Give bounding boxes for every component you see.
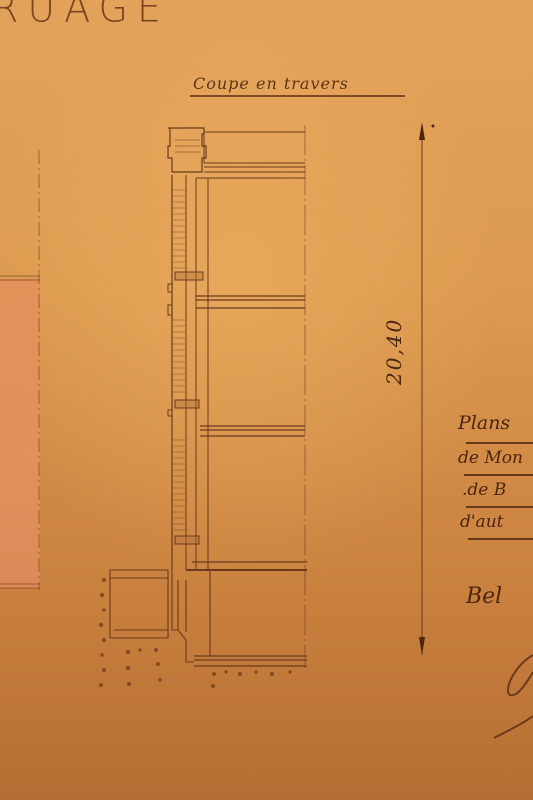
cross-section-drawing [0, 0, 533, 800]
dimension-label: 20,40 [382, 318, 406, 385]
cartouche-line-3: .de B [462, 480, 506, 500]
cartouche-line-4: d'aut [460, 512, 503, 532]
cartouche-line-2: de Mon [458, 448, 523, 468]
cartouche-rule [466, 442, 533, 444]
cartouche-rule [468, 538, 533, 540]
place-name: Bel [466, 584, 502, 609]
cartouche-line-1: Plans [458, 412, 510, 434]
cartouche-rule [466, 506, 533, 508]
cartouche-rule [464, 474, 533, 476]
